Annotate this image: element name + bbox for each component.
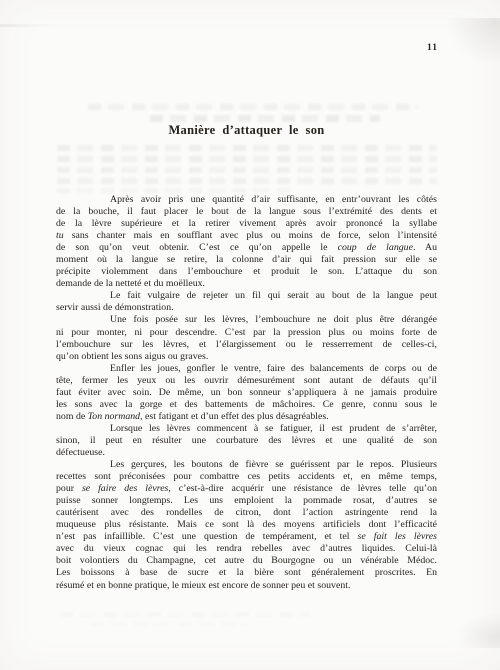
bleed-through-artifact bbox=[90, 622, 250, 626]
text-line: Le fait vulgaire de rejeter un fil qui s… bbox=[56, 290, 437, 302]
text-line: les sons avec la gorge et des battements… bbox=[56, 399, 437, 411]
text-line: défectueuse. bbox=[56, 447, 437, 459]
scan-shadow-top-right bbox=[445, 18, 500, 66]
bleed-through-artifact bbox=[57, 167, 437, 173]
text-line: de son qu’on veut obtenir. C’est ce qu’o… bbox=[56, 242, 437, 254]
text-line: précipite violemment dans l’embouchure e… bbox=[56, 266, 437, 278]
text-line: muqueuse plus résistante. Mais ce sont l… bbox=[56, 519, 437, 531]
text-line: tête, fermer les yeux ou les ouvrir déme… bbox=[56, 375, 437, 387]
text-line: qu’on obtient les sons aigus ou graves. bbox=[56, 351, 437, 363]
bleed-through-artifact bbox=[57, 178, 437, 184]
text-line: recettes sont préconisées pour combattre… bbox=[56, 471, 437, 483]
scan-edge-top-left bbox=[0, 24, 60, 27]
text-line: nom de Ton normand, est fatigant et d’un… bbox=[56, 411, 437, 423]
text-line: cautérisent avec des rondelles de citron… bbox=[56, 507, 437, 519]
text-line: résumé et en bonne pratique, le mieux es… bbox=[56, 580, 437, 592]
text-line: moment où la langue se retire, la colonn… bbox=[56, 254, 437, 266]
bleed-through-artifact bbox=[57, 188, 297, 193]
bleed-through-artifact bbox=[57, 145, 437, 151]
text-line: demande de la netteté et du moëlleux. bbox=[56, 278, 437, 290]
text-line: Les gerçures, les boutons de fièvre se g… bbox=[56, 459, 437, 471]
text-line: servir aussi de démonstration. bbox=[56, 302, 437, 314]
bleed-through-artifact bbox=[57, 156, 437, 162]
bleed-through-artifact bbox=[88, 104, 418, 110]
text-line: boit volontiers du Champagne, cet autre … bbox=[56, 555, 437, 567]
text-line: Lorsque les lèvres commencent à se fatig… bbox=[56, 423, 437, 435]
text-line: faut éviter avec soin. De même, un bon s… bbox=[56, 387, 437, 399]
text-line: puisse sonner longtemps. Les uns emploie… bbox=[56, 495, 437, 507]
text-line: de la lèvre supérieure et la retirer viv… bbox=[56, 218, 437, 230]
text-line: de la bouche, il faut placer le bout de … bbox=[56, 206, 437, 218]
text-line: pour se faire des lèvres, c’est-à-dire a… bbox=[56, 483, 437, 495]
body-text: Après avoir pris une quantité d’air suff… bbox=[56, 194, 437, 592]
page-title: Manière d’attaquer le son bbox=[56, 123, 437, 138]
text-line: Enfler les joues, gonfler le ventre, fai… bbox=[56, 363, 437, 375]
text-line: Après avoir pris une quantité d’air suff… bbox=[56, 194, 437, 206]
book-page: 11 Manière d’attaquer le son Après avoir… bbox=[0, 0, 500, 670]
text-line: Les boissons à base de sucre et la bière… bbox=[56, 567, 437, 579]
page-number: 11 bbox=[414, 43, 438, 53]
text-line: avec du vieux cognac qui les rendra rebe… bbox=[56, 543, 437, 555]
text-line: tu sans chanter mais en soufflant avec p… bbox=[56, 230, 437, 242]
bleed-through-artifact bbox=[60, 612, 310, 617]
scan-shadow-bottom-right bbox=[455, 612, 500, 648]
text-line: n’est pas infaillible. C’est une questio… bbox=[56, 531, 437, 543]
bleed-through-artifact bbox=[150, 115, 380, 122]
text-line: sinon, il peut en résulter une courbatur… bbox=[56, 435, 437, 447]
text-line: l’embouchure sur les lèvres, et l’élargi… bbox=[56, 339, 437, 351]
text-line: Une fois posée sur les lèvres, l’embouch… bbox=[56, 314, 437, 326]
text-line: ni pour monter, ni pour descendre. C’est… bbox=[56, 327, 437, 339]
